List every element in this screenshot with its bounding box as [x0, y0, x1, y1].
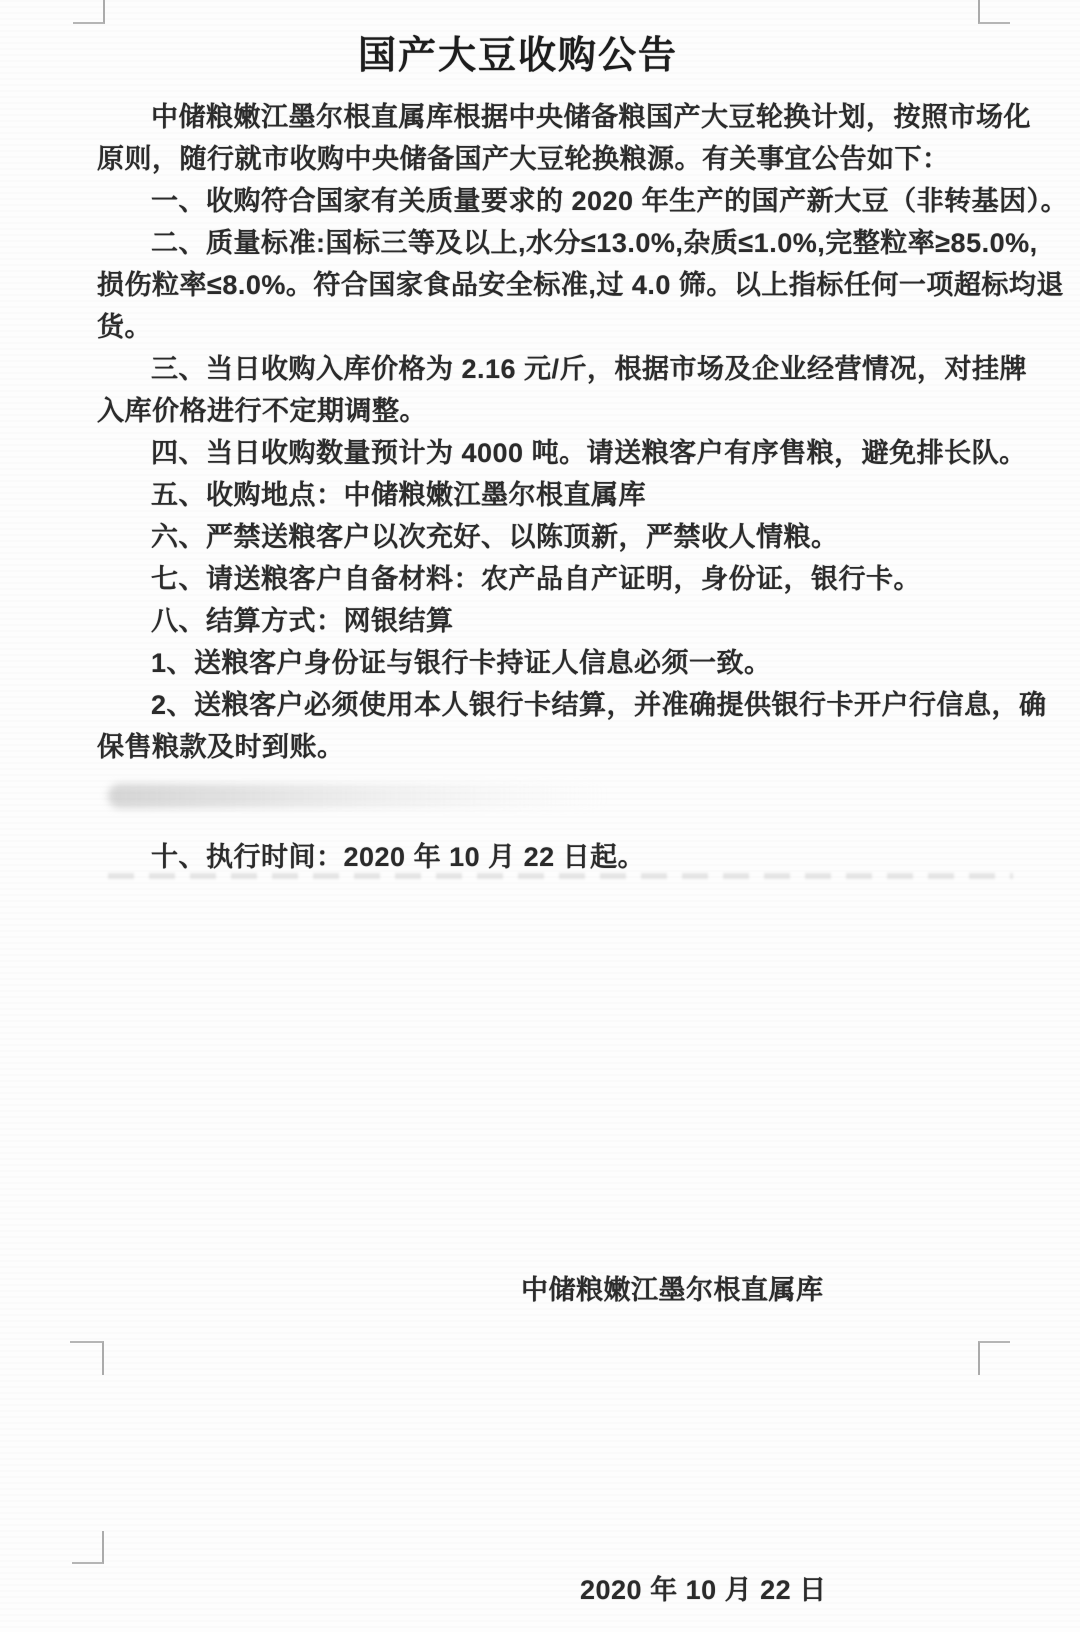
signature: 中储粮嫩江墨尔根直属库	[521, 1268, 824, 1307]
document-title: 国产大豆收购公告	[0, 24, 1058, 79]
scanned-document-page: 国产大豆收购公告 中储粮嫩江墨尔根直属库根据中央储备粮国产大豆轮换计划，按照市场…	[0, 0, 1080, 1632]
crop-mark-top-left	[73, 0, 105, 24]
body-line: 损伤粒率≤8.0%。符合国家食品安全标准,过 4.0 筛。以上指标任何一项超标均…	[97, 264, 942, 306]
document-date: 2020 年 10 月 22 日	[580, 1568, 827, 1607]
crop-mark-top-right	[978, 0, 1010, 24]
body-line: 八、结算方式：网银结算	[97, 600, 942, 642]
body-line: 四、当日收购数量预计为 4000 吨。请送粮客户有序售粮，避免排长队。	[97, 432, 942, 474]
body-line: 中储粮嫩江墨尔根直属库根据中央储备粮国产大豆轮换计划，按照市场化	[97, 96, 942, 138]
body-line: 货。	[97, 306, 942, 348]
body-line: 原则，随行就市收购中央储备国产大豆轮换粮源。有关事宜公告如下：	[97, 138, 942, 180]
body-line: 七、请送粮客户自备材料：农产品自产证明，身份证，银行卡。	[97, 558, 942, 600]
body-line: 一、收购符合国家有关质量要求的 2020 年生产的国产新大豆（非转基因）。	[97, 180, 942, 222]
body-line: 入库价格进行不定期调整。	[97, 390, 942, 432]
erased-text-remnants	[108, 873, 1013, 879]
document-body: 中储粮嫩江墨尔根直属库根据中央储备粮国产大豆轮换计划，按照市场化 原则，随行就市…	[97, 96, 942, 768]
body-line: 五、收购地点：中储粮嫩江墨尔根直属库	[97, 474, 942, 516]
body-line: 二、质量标准:国标三等及以上,水分≤13.0%,杂质≤1.0%,完整粒率≥85.…	[97, 222, 942, 264]
body-line: 十、执行时间：2020 年 10 月 22 日起。	[97, 836, 645, 878]
body-line: 六、严禁送粮客户以次充好、以陈顶新，严禁收人情粮。	[97, 516, 942, 558]
crop-mark-bottom-left	[72, 1531, 104, 1564]
body-line: 1、送粮客户身份证与银行卡持证人信息必须一致。	[97, 642, 942, 684]
body-line: 2、送粮客户必须使用本人银行卡结算，并准确提供银行卡开户行信息，确	[97, 684, 942, 726]
body-line: 三、当日收购入库价格为 2.16 元/斤，根据市场及企业经营情况，对挂牌	[97, 348, 942, 390]
body-line: 保售粮款及时到账。	[97, 726, 942, 768]
crop-mark-middle-right	[978, 1341, 1010, 1375]
erased-text-smudge	[108, 784, 608, 808]
crop-mark-middle-left	[70, 1341, 104, 1375]
